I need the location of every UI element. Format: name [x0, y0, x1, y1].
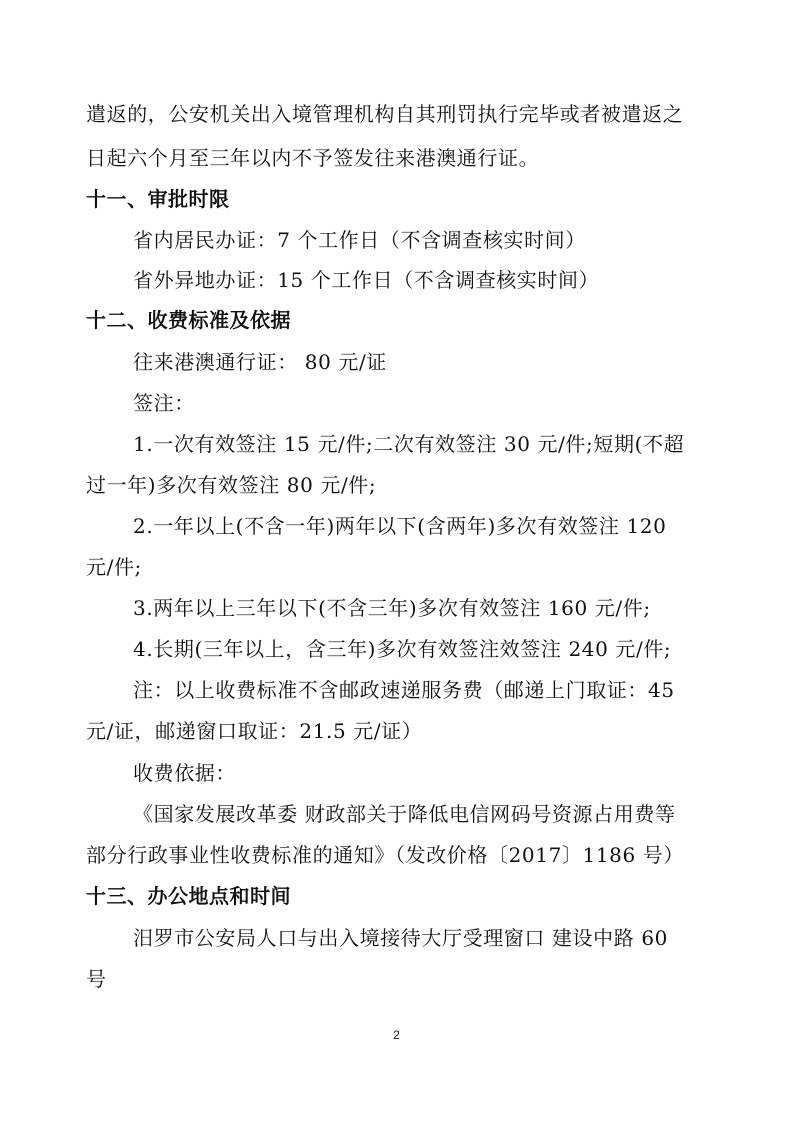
- paragraph-line: 元/件;: [86, 554, 142, 580]
- paragraph-line: 汨罗市公安局人口与出入境接待大厅受理窗口 建设中路 60: [133, 925, 668, 951]
- paragraph-line: 日起六个月至三年以内不予签发往来港澳通行证。: [86, 145, 539, 171]
- paragraph-line: 往来港澳通行证： 80 元/证: [133, 349, 387, 375]
- document-page: 遣返的，公安机关出入境管理机构自其刑罚执行完毕或者被遣返之 日起六个月至三年以内…: [0, 0, 793, 1122]
- paragraph-line: 3.两年以上三年以下(不含三年)多次有效签注 160 元/件;: [133, 595, 651, 621]
- paragraph-line: 省外异地办证：15 个工作日（不含调查核实时间）: [133, 267, 599, 293]
- paragraph-line: 号: [86, 966, 107, 992]
- page-number: 2: [0, 1028, 793, 1042]
- paragraph-line: 部分行政事业性收费标准的通知》（发改价格〔2017〕1186 号）: [86, 842, 684, 868]
- paragraph-line: 签注：: [133, 390, 195, 416]
- section-heading-fees: 十二、收费标准及依据: [86, 307, 291, 333]
- paragraph-line: 2.一年以上(不含一年)两年以下(含两年)多次有效签注 120: [133, 513, 666, 539]
- section-heading-approval-time: 十一、审批时限: [86, 186, 230, 212]
- paragraph-line: 1.一次有效签注 15 元/件;二次有效签注 30 元/件;短期(不超: [133, 431, 684, 457]
- paragraph-line: 遣返的，公安机关出入境管理机构自其刑罚执行完毕或者被遣返之: [86, 101, 683, 127]
- paragraph-line: 注：以上收费标准不含邮政速递服务费（邮递上门取证：45: [133, 677, 675, 703]
- section-heading-office-location: 十三、办公地点和时间: [86, 883, 291, 909]
- paragraph-line: 省内居民办证：7 个工作日（不含调查核实时间）: [133, 227, 586, 253]
- paragraph-line: 元/证，邮递窗口取证：21.5 元/证）: [86, 718, 422, 744]
- paragraph-line: 收费依据：: [133, 760, 236, 786]
- paragraph-line: 4.长期(三年以上，含三年)多次有效签注效签注 240 元/件;: [133, 636, 671, 662]
- paragraph-line: 过一年)多次有效签注 80 元/件;: [86, 472, 376, 498]
- paragraph-line: 《国家发展改革委 财政部关于降低电信网码号资源占用费等: [133, 801, 676, 827]
